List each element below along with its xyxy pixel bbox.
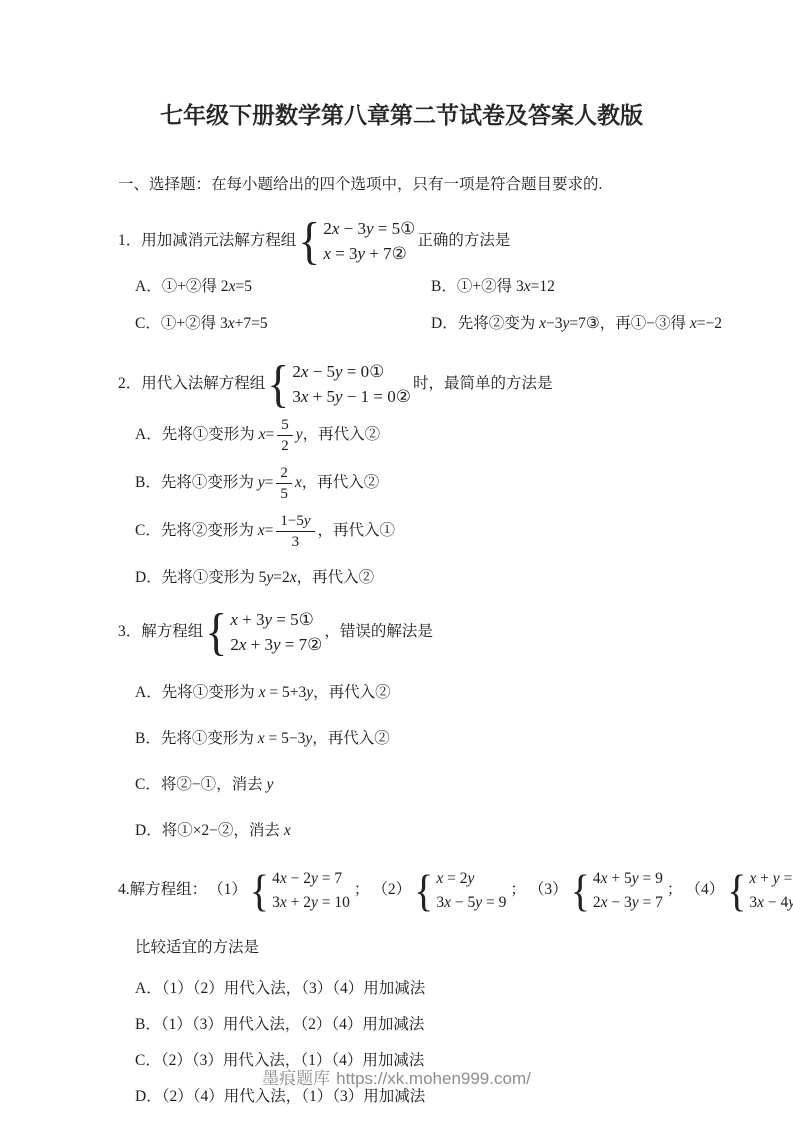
q3-option-b: B．先将①变形为 x = 5−3y，再代入② xyxy=(135,729,753,750)
question-4-system-1: { 4x − 2y = 7 3x + 2y = 10 xyxy=(250,867,350,914)
fraction-denominator: 3 xyxy=(292,532,300,552)
left-brace-icon: { xyxy=(250,868,269,913)
system-3-label: （3） xyxy=(529,880,568,901)
question-4-lead: 4.解方程组： xyxy=(118,880,207,901)
separator: ； xyxy=(667,880,683,901)
equation-line-2: 3x + 2y = 10 xyxy=(272,891,350,914)
fraction: 5 2 xyxy=(277,416,293,457)
left-brace-icon: { xyxy=(414,868,433,913)
question-1-options-row-2: C．①+②得 3x+7=5 D．先将②变为 x−3y=7③，再①−③得 x=−2 xyxy=(118,314,753,335)
equation-line-1: 4x + 5y = 9 xyxy=(593,867,663,890)
equation-line-1: 4x − 2y = 7 xyxy=(272,867,350,890)
fraction-numerator: 1−5y xyxy=(276,512,314,533)
question-1-stem: 1．用加减消元法解方程组 { 2x − 3y = 5① x = 3y + 7② … xyxy=(118,216,753,267)
q1-option-c: C．①+②得 3x+7=5 xyxy=(135,314,431,335)
question-1-lead: 1．用加减消元法解方程组 xyxy=(118,231,296,252)
question-4-system-4: { x + y = 7 3x − 4y = 1 xyxy=(727,867,793,914)
question-1-tail: 正确的方法是 xyxy=(417,231,510,252)
option-text: x，再代入② xyxy=(295,473,379,494)
question-3-tail: ，错误的解法是 xyxy=(324,622,433,643)
q4-option-a: A．（1）（2）用代入法，（3）（4）用加减法 xyxy=(135,979,753,1000)
option-text: A．先将①变形为 x= xyxy=(135,425,274,446)
fraction-numerator: 5 xyxy=(277,416,293,437)
q3-option-c: C．将②−①，消去 y xyxy=(135,775,753,796)
equation-line-2: 2x − 3y = 7 xyxy=(593,891,663,914)
equation-stack: 4x + 5y = 9 2x − 3y = 7 xyxy=(593,867,663,914)
q3-option-d: D．将①×2−②，消去 x xyxy=(135,821,753,842)
q2-option-b: B．先将①变形为 y= 2 5 x，再代入② xyxy=(135,462,753,506)
footer-url: https://xk.mohen999.com/ xyxy=(336,1069,531,1088)
option-text: ，再代入① xyxy=(318,521,396,542)
question-4-followup: 比较适宜的方法是 xyxy=(135,938,753,959)
equation-line-1: 2x − 5y = 0① xyxy=(292,359,411,385)
option-text: y，再代入② xyxy=(296,425,380,446)
q1-option-a: A．①+②得 2x=5 xyxy=(135,277,431,298)
question-4-system-2: { x = 2y 3x − 5y = 9 xyxy=(414,867,506,914)
separator: ； xyxy=(354,880,370,901)
left-brace-icon: { xyxy=(205,606,227,658)
separator: ； xyxy=(510,880,526,901)
footer: 墨痕题库https://xk.mohen999.com/ xyxy=(0,1068,793,1091)
equation-stack: 4x − 2y = 7 3x + 2y = 10 xyxy=(272,867,350,914)
equation-line-2: x = 3y + 7② xyxy=(323,241,415,267)
footer-site-name: 墨痕题库 xyxy=(262,1069,330,1088)
fraction-denominator: 2 xyxy=(281,436,289,456)
left-brace-icon: { xyxy=(571,868,590,913)
equation-stack: x + 3y = 5① 2x + 3y = 7② xyxy=(230,607,322,658)
equation-line-1: x + y = 7 xyxy=(749,867,793,890)
equation-line-2: 3x − 5y = 9 xyxy=(436,891,506,914)
q1-option-b: B．①+②得 3x=12 xyxy=(431,277,555,298)
question-2-stem: 2．用代入法解方程组 { 2x − 5y = 0① 3x + 5y − 1 = … xyxy=(118,359,753,410)
q2-option-d: D．先将①变形为 5y=2x，再代入② xyxy=(135,568,753,589)
system-1-label: （1） xyxy=(208,880,247,901)
fraction: 1−5y 3 xyxy=(276,512,314,553)
q3-option-a: A．先将①变形为 x = 5+3y，再代入② xyxy=(135,683,753,704)
question-1: 1．用加减消元法解方程组 { 2x − 3y = 5① x = 3y + 7② … xyxy=(118,216,753,335)
question-1-equation-system: { 2x − 3y = 5① x = 3y + 7② xyxy=(298,216,415,267)
q1-option-d: D．先将②变为 x−3y=7③，再①−③得 x=−2 xyxy=(431,314,722,335)
left-brace-icon: { xyxy=(267,359,289,411)
question-3-equation-system: { x + 3y = 5① 2x + 3y = 7② xyxy=(205,607,322,658)
section-heading: 一、选择题：在每小题给出的四个选项中，只有一项是符合题目要求的. xyxy=(118,175,753,196)
equation-line-2: 2x + 3y = 7② xyxy=(230,632,322,658)
question-2-equation-system: { 2x − 5y = 0① 3x + 5y − 1 = 0② xyxy=(267,359,411,410)
system-4-label: （4） xyxy=(685,880,724,901)
left-brace-icon: { xyxy=(298,216,320,268)
question-3: 3．解方程组 { x + 3y = 5① 2x + 3y = 7② ，错误的解法… xyxy=(118,607,753,842)
option-text: C．先将②变形为 x= xyxy=(135,521,273,542)
equation-stack: 2x − 5y = 0① 3x + 5y − 1 = 0② xyxy=(292,359,411,410)
q2-option-c: C．先将②变形为 x= 1−5y 3 ，再代入① xyxy=(135,510,753,554)
fraction: 2 5 xyxy=(276,464,292,505)
question-2-lead: 2．用代入法解方程组 xyxy=(118,374,265,395)
equation-stack: x = 2y 3x − 5y = 9 xyxy=(436,867,506,914)
left-brace-icon: { xyxy=(727,868,746,913)
equation-line-1: 2x − 3y = 5① xyxy=(323,216,415,242)
question-4-stem: 4.解方程组： （1） { 4x − 2y = 7 3x + 2y = 10 ；… xyxy=(118,867,793,914)
question-3-stem: 3．解方程组 { x + 3y = 5① 2x + 3y = 7② ，错误的解法… xyxy=(118,607,753,658)
question-4-system-3: { 4x + 5y = 9 2x − 3y = 7 xyxy=(571,867,663,914)
equation-stack: x + y = 7 3x − 4y = 1 xyxy=(749,867,793,914)
equation-stack: 2x − 3y = 5① x = 3y + 7② xyxy=(323,216,415,267)
question-3-lead: 3．解方程组 xyxy=(118,622,203,643)
question-2: 2．用代入法解方程组 { 2x − 5y = 0① 3x + 5y − 1 = … xyxy=(118,359,753,589)
q2-option-a: A．先将①变形为 x= 5 2 y，再代入② xyxy=(135,414,753,458)
system-2-label: （2） xyxy=(372,880,411,901)
test-paper-page: 七年级下册数学第八章第二节试卷及答案人教版 一、选择题：在每小题给出的四个选项中… xyxy=(0,0,793,1122)
equation-line-1: x + 3y = 5① xyxy=(230,607,322,633)
option-text: B．先将①变形为 y= xyxy=(135,473,273,494)
question-1-options-row-1: A．①+②得 2x=5 B．①+②得 3x=12 xyxy=(118,277,753,298)
fraction-denominator: 5 xyxy=(280,484,288,504)
q4-option-b: B．（1）（3）用代入法，（2）（4）用加减法 xyxy=(135,1015,753,1036)
equation-line-1: x = 2y xyxy=(436,867,506,890)
question-2-tail: 时，最简单的方法是 xyxy=(413,374,553,395)
fraction-numerator: 2 xyxy=(276,464,292,485)
page-title: 七年级下册数学第八章第二节试卷及答案人教版 xyxy=(40,100,763,131)
equation-line-2: 3x + 5y − 1 = 0② xyxy=(292,384,411,410)
equation-line-2: 3x − 4y = 1 xyxy=(749,891,793,914)
